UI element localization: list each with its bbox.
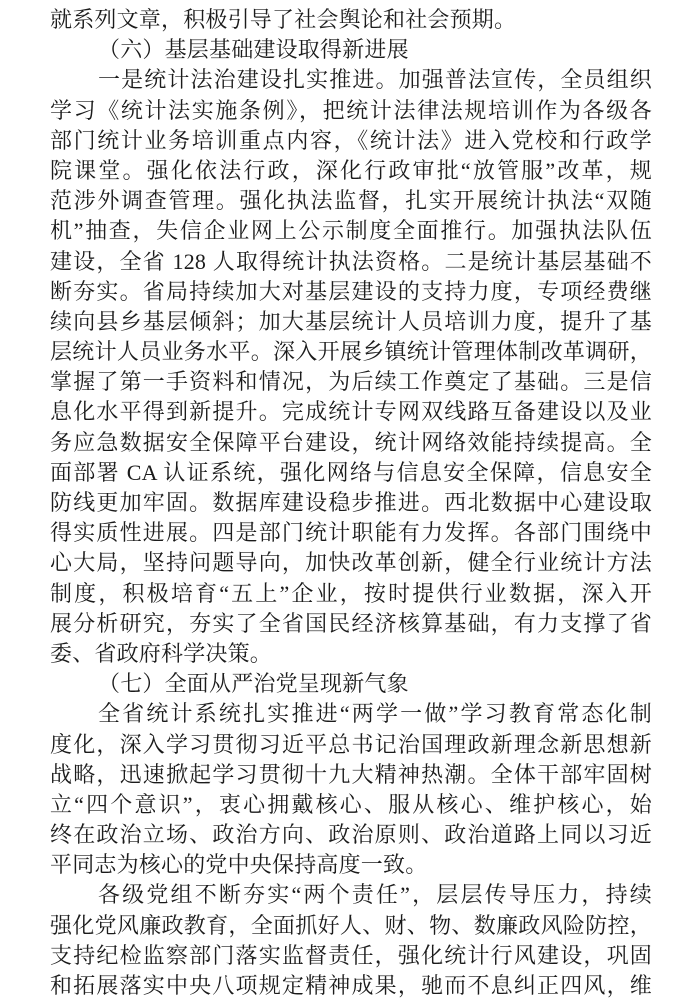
text-line: 全省统计系统扎实推进“两学一做”学习教育常态化制	[50, 699, 652, 729]
text-line: （七）全面从严治党呈现新气象	[50, 669, 652, 699]
text-line: 终在政治立场、政治方向、政治原则、政治道路上同以习近	[50, 820, 652, 850]
text-line: （六）基层基础建设取得新进展	[50, 35, 652, 65]
text-line: 平同志为核心的党中央保持高度一致。	[50, 850, 652, 880]
text-line: 建设，全省 128 人取得统计执法资格。二是统计基层基础不	[50, 247, 652, 277]
text-line: 和拓展落实中央八项规定精神成果，驰而不息纠正四风，维	[50, 971, 652, 1001]
text-line: 各级党组不断夯实“两个责任”，层层传导压力，持续	[50, 880, 652, 910]
text-line: 断夯实。省局持续加大对基层建设的支持力度，专项经费继	[50, 277, 652, 307]
text-line: 一是统计法治建设扎实推进。加强普法宣传，全员组织	[50, 65, 652, 95]
text-line: 委、省政府科学决策。	[50, 639, 652, 669]
text-line: 战略，迅速掀起学习贯彻十九大精神热潮。全体干部牢固树	[50, 760, 652, 790]
text-line: 范涉外调查管理。强化执法监督，扎实开展统计执法“双随	[50, 186, 652, 216]
text-line: 支持纪检监察部门落实监督责任，强化统计行风建设，巩固	[50, 941, 652, 971]
document-text: 就系列文章，积极引导了社会舆论和社会预期。（六）基层基础建设取得新进展一是统计法…	[50, 5, 652, 1001]
text-line: 立“四个意识”，衷心拥戴核心、服从核心、维护核心，始	[50, 790, 652, 820]
text-line: 掌握了第一手资料和情况，为后续工作奠定了基础。三是信	[50, 367, 652, 397]
text-line: 得实质性进展。四是部门统计职能有力发挥。各部门围绕中	[50, 518, 652, 548]
text-line: 心大局，坚持问题导向，加快改革创新，健全行业统计方法	[50, 548, 652, 578]
text-line: 度化，深入学习贯彻习近平总书记治国理政新理念新思想新	[50, 730, 652, 760]
text-line: 就系列文章，积极引导了社会舆论和社会预期。	[50, 5, 652, 35]
text-line: 务应急数据安全保障平台建设，统计网络效能持续提高。全	[50, 428, 652, 458]
text-line: 防线更加牢固。数据库建设稳步推进。西北数据中心建设取	[50, 488, 652, 518]
text-line: 层统计人员业务水平。深入开展乡镇统计管理体制改革调研，	[50, 337, 652, 367]
text-line: 展分析研究，夯实了全省国民经济核算基础，有力支撑了省	[50, 609, 652, 639]
text-line: 机”抽查，失信企业网上公示制度全面推行。加强执法队伍	[50, 216, 652, 246]
text-line: 面部署 CA 认证系统，强化网络与信息安全保障，信息安全	[50, 458, 652, 488]
text-line: 息化水平得到新提升。完成统计专网双线路互备建设以及业	[50, 397, 652, 427]
text-line: 制度，积极培育“五上”企业，按时提供行业数据，深入开	[50, 579, 652, 609]
text-line: 学习《统计法实施条例》，把统计法律法规培训作为各级各	[50, 96, 652, 126]
document-page: 就系列文章，积极引导了社会舆论和社会预期。（六）基层基础建设取得新进展一是统计法…	[0, 0, 699, 1001]
text-line: 续向县乡基层倾斜；加大基层统计人员培训力度，提升了基	[50, 307, 652, 337]
text-line: 强化党风廉政教育，全面抓好人、财、物、数廉政风险防控，	[50, 911, 652, 941]
text-line: 院课堂。强化依法行政，深化行政审批“放管服”改革，规	[50, 156, 652, 186]
text-line: 部门统计业务培训重点内容，《统计法》进入党校和行政学	[50, 126, 652, 156]
